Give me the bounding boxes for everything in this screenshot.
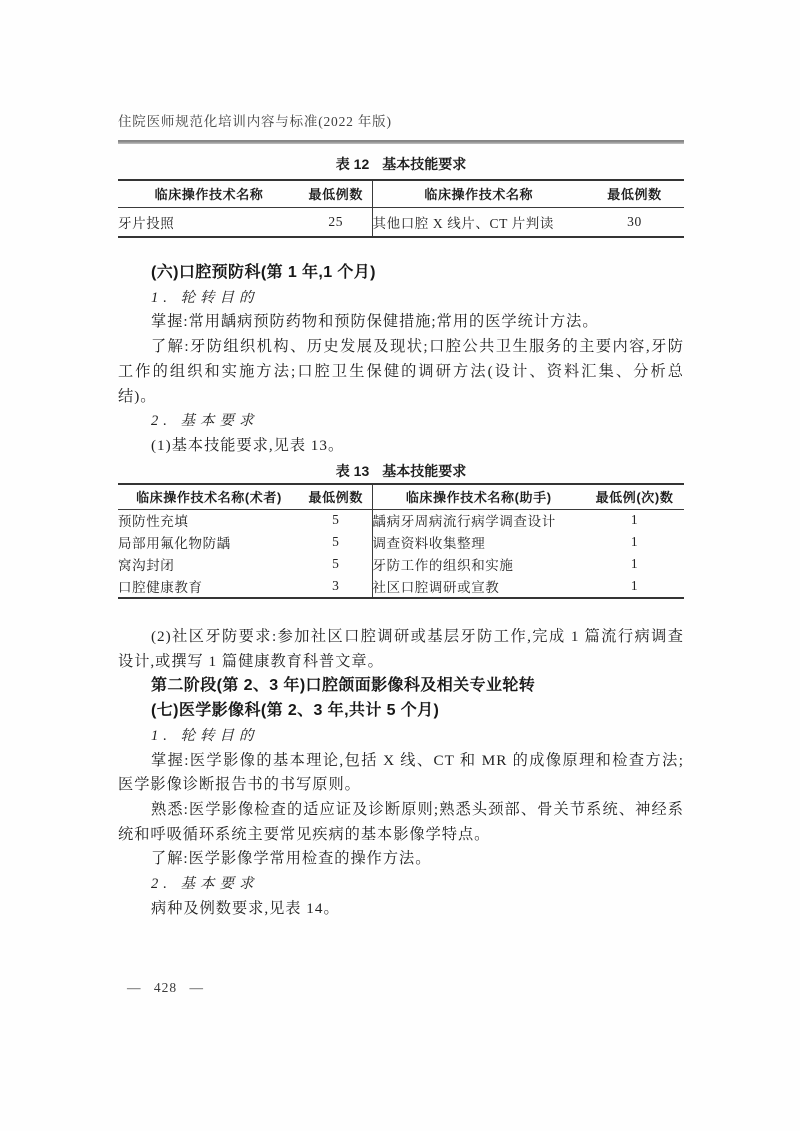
section-6-heading: (六)口腔预防科(第 1 年,1 个月): [118, 261, 684, 286]
table13-cell-name-right: 牙防工作的组织和实施: [372, 553, 585, 575]
table-13-basic-skills: 临床操作技术名称(术者) 最低例数 临床操作技术名称(助手) 最低例(次)数 预…: [118, 483, 684, 599]
running-head: 住院医师规范化培训内容与标准(2022 年版): [118, 113, 684, 131]
table13-cell-name-right: 龋病牙周病流行病学调查设计: [372, 509, 585, 531]
section-7-heading: (七)医学影像科(第 2、3 年,共计 5 个月): [118, 699, 684, 724]
section6-skill-reference: (1)基本技能要求,见表 13。: [118, 434, 684, 459]
table13-cell-count-left: 3: [300, 575, 372, 598]
section-6-block: (六)口腔预防科(第 1 年,1 个月) 1. 轮转目的 掌握:常用龋病预防药物…: [118, 261, 684, 459]
table13-cell-name-left: 预防性充填: [118, 509, 300, 531]
table12-header-row: 临床操作技术名称 最低例数 临床操作技术名称 最低例数: [118, 180, 684, 207]
table13-caption: 表 13基本技能要求: [118, 462, 684, 480]
table12-row: 牙片投照 25 其他口腔 X 线片、CT 片判读 30: [118, 207, 684, 237]
table13-cell-name-left: 口腔健康教育: [118, 575, 300, 598]
section7-rotation-purpose-item: 1. 轮转目的: [118, 724, 684, 749]
table12-header-min-cases-right: 最低例数: [585, 180, 684, 207]
table13-cell-name-right: 社区口腔调研或宣教: [372, 575, 585, 598]
section6-master-paragraph: 掌握:常用龋病预防药物和预防保健措施;常用的医学统计方法。: [118, 310, 684, 335]
table13-row: 局部用氟化物防龋 5 调查资料收集整理 1: [118, 531, 684, 553]
table13-header-min-cases: 最低例数: [300, 484, 372, 509]
table12-caption-label: 表 12: [336, 156, 369, 172]
table13-cell-count-right: 1: [585, 553, 684, 575]
table12-header-min-cases-left: 最低例数: [300, 180, 372, 207]
table12-cell-name-left: 牙片投照: [118, 207, 300, 237]
table-12-basic-skills: 临床操作技术名称 最低例数 临床操作技术名称 最低例数 牙片投照 25 其他口腔…: [118, 179, 684, 238]
table13-cell-count-left: 5: [300, 531, 372, 553]
header-rule: [118, 140, 684, 144]
table12-cell-name-right: 其他口腔 X 线片、CT 片判读: [372, 207, 585, 237]
table13-header-operator: 临床操作技术名称(术者): [118, 484, 300, 509]
table13-row: 口腔健康教育 3 社区口腔调研或宣教 1: [118, 575, 684, 598]
document-page: 住院医师规范化培训内容与标准(2022 年版) 表 12基本技能要求 临床操作技…: [0, 0, 800, 1131]
table13-header-assistant: 临床操作技术名称(助手): [372, 484, 585, 509]
table13-cell-count-left: 5: [300, 509, 372, 531]
table13-row: 窝沟封闭 5 牙防工作的组织和实施 1: [118, 553, 684, 575]
table13-cell-name-left: 窝沟封闭: [118, 553, 300, 575]
table12-cell-count-right: 30: [585, 207, 684, 237]
section7-understand-paragraph: 了解:医学影像学常用检查的操作方法。: [118, 847, 684, 872]
section6-understand-paragraph: 了解:牙防组织机构、历史发展及现状;口腔公共卫生服务的主要内容,牙防工作的组织和…: [118, 335, 684, 409]
table13-cell-count-left: 5: [300, 553, 372, 575]
section7-familiar-paragraph: 熟悉:医学影像检查的适应证及诊断原则;熟悉头颈部、骨关节系统、神经系统和呼吸循环…: [118, 798, 684, 847]
table12-caption: 表 12基本技能要求: [118, 155, 684, 173]
table12-header-name-left: 临床操作技术名称: [118, 180, 300, 207]
section6-rotation-purpose-item: 1. 轮转目的: [118, 286, 684, 311]
table13-row: 预防性充填 5 龋病牙周病流行病学调查设计 1: [118, 509, 684, 531]
table12-cell-count-left: 25: [300, 207, 372, 237]
table13-header-min-times: 最低例(次)数: [585, 484, 684, 509]
table13-cell-name-right: 调查资料收集整理: [372, 531, 585, 553]
table13-caption-label: 表 13: [336, 463, 369, 479]
table13-cell-count-right: 1: [585, 509, 684, 531]
section6-community-requirement: (2)社区牙防要求:参加社区口腔调研或基层牙防工作,完成 1 篇流行病调查设计,…: [118, 625, 684, 674]
table13-cell-count-right: 1: [585, 531, 684, 553]
table12-header-name-right: 临床操作技术名称: [372, 180, 585, 207]
table13-cell-name-left: 局部用氟化物防龋: [118, 531, 300, 553]
table13-caption-title: 基本技能要求: [382, 463, 466, 479]
table12-caption-title: 基本技能要求: [382, 156, 466, 172]
table13-cell-count-right: 1: [585, 575, 684, 598]
page-number: — 428 —: [127, 980, 204, 996]
section7-case-reference: 病种及例数要求,见表 14。: [118, 897, 684, 922]
section7-basic-requirements-item: 2. 基本要求: [118, 872, 684, 897]
section7-master-paragraph: 掌握:医学影像的基本理论,包括 X 线、CT 和 MR 的成像原理和检查方法;医…: [118, 749, 684, 798]
stage-2-heading: 第二阶段(第 2、3 年)口腔颌面影像科及相关专业轮转: [118, 674, 684, 699]
section-7-block: (2)社区牙防要求:参加社区口腔调研或基层牙防工作,完成 1 篇流行病调查设计,…: [118, 625, 684, 921]
table13-header-row: 临床操作技术名称(术者) 最低例数 临床操作技术名称(助手) 最低例(次)数: [118, 484, 684, 509]
section6-basic-requirements-item: 2. 基本要求: [118, 409, 684, 434]
